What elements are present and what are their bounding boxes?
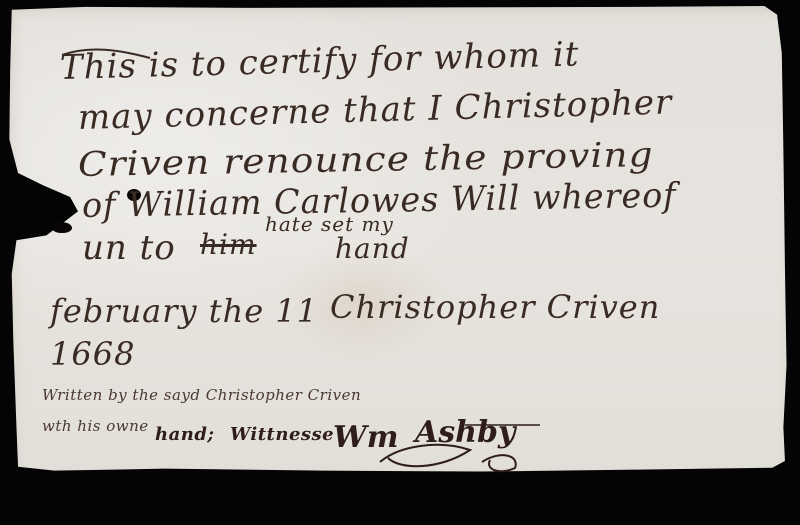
witness-note-line-1: Written by the sayd Christopher Criven: [42, 386, 361, 404]
witness-note-line-2-prefix: wth his owne: [42, 417, 149, 435]
paper-tear-hole: [52, 222, 72, 233]
year-text: 1668: [50, 335, 135, 373]
witness-label: Wittnesse: [230, 424, 334, 445]
witness-signature-last: Ashby: [415, 415, 515, 450]
author-signature: Christopher Criven: [330, 288, 660, 326]
body-line-5-prefix: un to: [82, 228, 176, 268]
body-line-5-suffix: hand: [335, 232, 410, 265]
document-scan: This is to certify for whom it may conce…: [0, 0, 800, 525]
date-text: february the 11: [50, 292, 318, 330]
witness-note-line-2-name: hand;: [155, 424, 215, 445]
witness-signature-first: Wm: [333, 420, 398, 455]
struck-word: him: [200, 228, 257, 261]
